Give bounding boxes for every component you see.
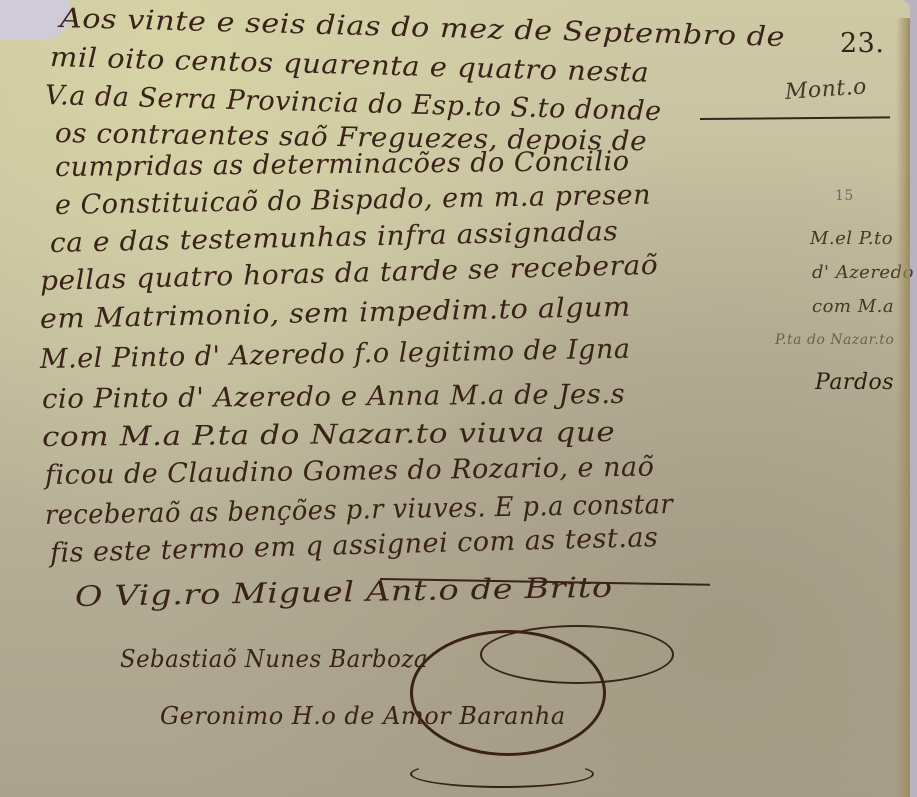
- body-line-12: com M.a P.ta do Nazar.to viuva que: [42, 417, 616, 453]
- signature-flourish-oval: [480, 625, 674, 684]
- body-line-11: cio Pinto d' Azeredo e Anna M.a de Jes.s: [42, 379, 626, 415]
- signature-flourish-tail: [410, 760, 594, 788]
- margin-note-top: Mont.o: [784, 74, 868, 105]
- pencil-number: 15: [835, 188, 854, 204]
- register-page: 15 23. Aos vinte e seis dias do mez de S…: [0, 0, 910, 797]
- signature-witness-1: Sebastiaõ Nunes Barboza: [120, 645, 428, 673]
- margin-note-5: Pardos: [815, 370, 894, 395]
- margin-note-3: com M.a: [812, 296, 894, 317]
- margin-note-4: P.ta do Nazar.to: [775, 332, 894, 348]
- margin-rule: [700, 116, 890, 120]
- margin-note-2: d' Azeredo: [812, 262, 914, 283]
- body-line-13: ficou de Claudino Gomes do Rozario, e na…: [45, 451, 655, 491]
- body-line-5: cumpridas as determinacões do Concilio: [55, 146, 630, 183]
- body-line-10: M.el Pinto d' Azeredo f.o legitimo de Ig…: [40, 334, 631, 375]
- page-number: 23.: [840, 28, 884, 59]
- margin-note-1: M.el P.to: [810, 228, 893, 249]
- signature-vicar: O Vig.ro Miguel Ant.o de Brito: [75, 571, 613, 613]
- body-line-6: e Constituicaõ do Bispado, em m.a presen: [55, 180, 652, 221]
- body-line-9: em Matrimonio, sem impedim.to algum: [40, 292, 631, 335]
